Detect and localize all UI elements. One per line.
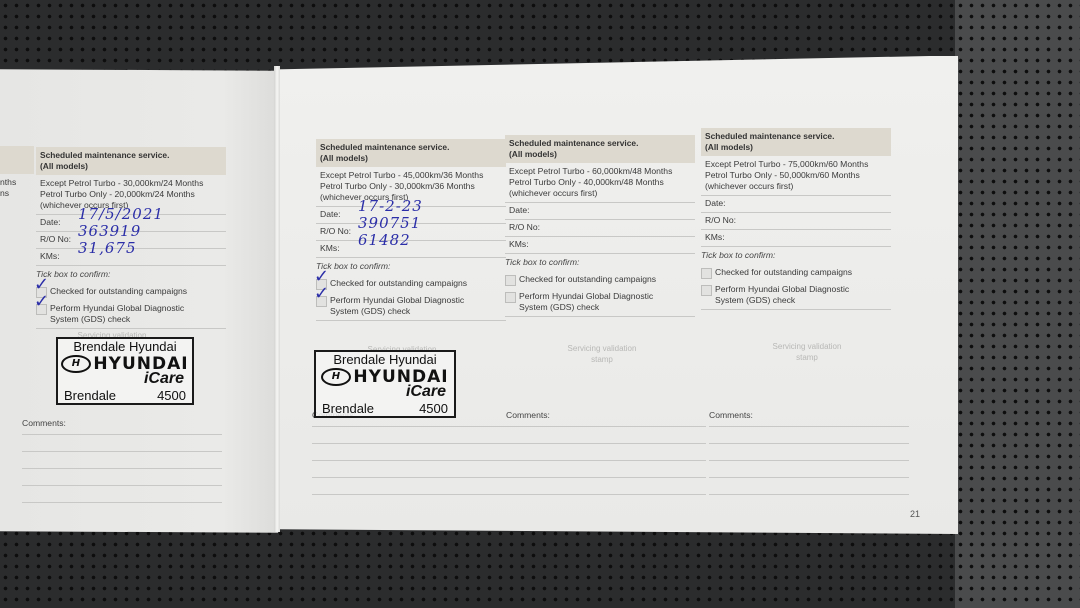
gds-label: Perform Hyundai Global Diagnostic System… bbox=[330, 295, 506, 317]
ro-label: R/O No: bbox=[705, 215, 736, 226]
service-block: Scheduled maintenance service. (All mode… bbox=[316, 139, 506, 321]
booklet-gutter bbox=[274, 66, 280, 532]
kms-value: 31,675 bbox=[78, 243, 137, 254]
comments-line[interactable] bbox=[22, 452, 222, 469]
tick-mark-icon: ✓ bbox=[34, 296, 49, 307]
page-number: 21 bbox=[910, 509, 920, 519]
campaigns-checkbox-row[interactable]: Checked for outstanding campaigns bbox=[505, 272, 695, 289]
service-subtitle: (All models) bbox=[509, 149, 691, 160]
leather-seat-right bbox=[955, 0, 1080, 608]
service-title: Scheduled maintenance service. bbox=[705, 131, 887, 142]
kms-label: KMs: bbox=[40, 251, 60, 262]
tick-instruction: Tick box to confirm: bbox=[505, 254, 695, 272]
comments-section[interactable]: Comments: bbox=[506, 410, 706, 495]
interval-line: Except Petrol Turbo - 60,000km/48 Months bbox=[509, 166, 691, 177]
date-label: Date: bbox=[509, 205, 530, 216]
campaigns-label: Checked for outstanding campaigns bbox=[519, 274, 656, 285]
hyundai-logo-icon: H bbox=[321, 368, 351, 386]
stamp-footer: Brendale 4500 bbox=[58, 388, 192, 403]
service-interval: Except Petrol Turbo - 60,000km/48 Months… bbox=[505, 163, 695, 203]
gds-label: Perform Hyundai Global Diagnostic System… bbox=[715, 284, 891, 306]
comments-line[interactable] bbox=[22, 469, 222, 486]
interval-line: Except Petrol Turbo - 45,000km/36 Months bbox=[320, 170, 502, 181]
comments-section[interactable]: Comments: bbox=[709, 410, 909, 495]
interval-line: Petrol Turbo Only - 50,000km/60 Months bbox=[705, 170, 887, 181]
service-block: Scheduled maintenance service. (All mode… bbox=[701, 128, 891, 310]
tick-mark-icon: ✓ bbox=[314, 288, 329, 299]
hyundai-logo-icon: H bbox=[61, 355, 91, 373]
comments-line[interactable] bbox=[22, 435, 222, 452]
stamp-footer: Brendale 4500 bbox=[316, 401, 454, 416]
edge-fragment: ns bbox=[0, 188, 16, 199]
service-block: Scheduled maintenance service. (All mode… bbox=[36, 147, 226, 329]
tick-instruction: Tick box to confirm: bbox=[316, 258, 506, 276]
comments-line[interactable] bbox=[312, 461, 512, 478]
gds-label: Perform Hyundai Global Diagnostic System… bbox=[519, 291, 695, 313]
date-label: Date: bbox=[705, 198, 726, 209]
comments-section[interactable]: Comments: bbox=[22, 418, 222, 503]
comments-line[interactable]: Comments: bbox=[506, 410, 706, 427]
stamp-placeholder: Servicing validation stamp bbox=[767, 341, 847, 363]
comments-line[interactable] bbox=[709, 461, 909, 478]
service-title: Scheduled maintenance service. bbox=[509, 138, 691, 149]
comments-line[interactable] bbox=[709, 478, 909, 495]
kms-field[interactable]: KMs: 31,675 bbox=[36, 249, 226, 266]
comments-line[interactable] bbox=[312, 444, 512, 461]
gds-checkbox[interactable] bbox=[701, 285, 712, 296]
service-subtitle: (All models) bbox=[40, 161, 222, 172]
stamp-suburb: Brendale bbox=[64, 388, 116, 403]
stamp-postcode: 4500 bbox=[157, 388, 186, 403]
gds-checkbox-row[interactable]: Perform Hyundai Global Diagnostic System… bbox=[701, 282, 891, 310]
tick-instruction: Tick box to confirm: bbox=[701, 247, 891, 265]
dealer-stamp: Brendale Hyundai HHYUNDAI iCare Brendale… bbox=[314, 350, 456, 418]
interval-line: Petrol Turbo Only - 20,000km/24 Months bbox=[40, 189, 222, 200]
campaigns-label: Checked for outstanding campaigns bbox=[50, 286, 187, 297]
date-field[interactable]: Date: bbox=[505, 203, 695, 220]
campaigns-checkbox-row[interactable]: ✓ Checked for outstanding campaigns bbox=[36, 284, 226, 301]
comments-section[interactable]: Comments: bbox=[312, 410, 512, 495]
campaigns-checkbox-row[interactable]: Checked for outstanding campaigns bbox=[701, 265, 891, 282]
gds-checkbox-row[interactable]: ✓ Perform Hyundai Global Diagnostic Syst… bbox=[36, 301, 226, 329]
service-header: Scheduled maintenance service. (All mode… bbox=[36, 147, 226, 175]
comments-line[interactable] bbox=[22, 486, 222, 503]
kms-field[interactable]: KMs: 61482 bbox=[316, 241, 506, 258]
ro-label: R/O No: bbox=[320, 226, 351, 237]
stamp-placeholder: Servicing validation stamp bbox=[562, 343, 642, 365]
stamp-dealer-name: Brendale Hyundai bbox=[316, 352, 454, 367]
comments-line[interactable] bbox=[709, 427, 909, 444]
service-title: Scheduled maintenance service. bbox=[40, 150, 222, 161]
comments-line[interactable] bbox=[506, 427, 706, 444]
gds-label: Perform Hyundai Global Diagnostic System… bbox=[50, 303, 226, 325]
comments-line[interactable] bbox=[312, 478, 512, 495]
ro-value: 363919 bbox=[78, 226, 141, 237]
ro-value: 390751 bbox=[358, 218, 421, 229]
date-value: 17-2-23 bbox=[358, 201, 423, 212]
dealer-stamp: Brendale Hyundai HHYUNDAI iCare Brendale… bbox=[56, 337, 194, 405]
interval-line: Except Petrol Turbo - 30,000km/24 Months bbox=[40, 178, 222, 189]
comments-label: Comments: bbox=[709, 410, 753, 420]
service-block: Scheduled maintenance service. (All mode… bbox=[505, 135, 695, 317]
comments-label: Comments: bbox=[506, 410, 550, 420]
ro-number-field[interactable]: R/O No: bbox=[701, 213, 891, 230]
comments-line[interactable]: Comments: bbox=[22, 418, 222, 435]
kms-field[interactable]: KMs: bbox=[505, 237, 695, 254]
left-edge-text: nths ns bbox=[0, 177, 16, 199]
left-edge-header bbox=[0, 146, 34, 174]
ro-label: R/O No: bbox=[509, 222, 540, 233]
interval-line: Except Petrol Turbo - 75,000km/60 Months bbox=[705, 159, 887, 170]
service-header: Scheduled maintenance service. (All mode… bbox=[316, 139, 506, 167]
date-label: Date: bbox=[320, 209, 341, 220]
campaigns-checkbox-row[interactable]: ✓ Checked for outstanding campaigns bbox=[316, 276, 506, 293]
comments-label: Comments: bbox=[22, 418, 66, 428]
service-header: Scheduled maintenance service. (All mode… bbox=[505, 135, 695, 163]
gds-checkbox[interactable] bbox=[505, 292, 516, 303]
service-title: Scheduled maintenance service. bbox=[320, 142, 502, 153]
comments-line[interactable] bbox=[506, 461, 706, 478]
ro-number-field[interactable]: R/O No: bbox=[505, 220, 695, 237]
interval-line: (whichever occurs first) bbox=[705, 181, 887, 192]
service-subtitle: (All models) bbox=[705, 142, 887, 153]
gds-checkbox-row[interactable]: Perform Hyundai Global Diagnostic System… bbox=[505, 289, 695, 317]
stamp-suburb: Brendale bbox=[322, 401, 374, 416]
service-subtitle: (All models) bbox=[320, 153, 502, 164]
kms-field[interactable]: KMs: bbox=[701, 230, 891, 247]
date-label: Date: bbox=[40, 217, 61, 228]
comments-line[interactable] bbox=[506, 444, 706, 461]
kms-label: KMs: bbox=[509, 239, 529, 250]
date-value: 17/5/2021 bbox=[78, 209, 164, 220]
kms-label: KMs: bbox=[320, 243, 340, 254]
service-header: Scheduled maintenance service. (All mode… bbox=[701, 128, 891, 156]
kms-value: 61482 bbox=[358, 235, 411, 246]
campaigns-checkbox[interactable] bbox=[505, 275, 516, 286]
date-field[interactable]: Date: bbox=[701, 196, 891, 213]
campaigns-label: Checked for outstanding campaigns bbox=[330, 278, 467, 289]
tick-instruction: Tick box to confirm: bbox=[36, 266, 226, 284]
tick-mark-icon: ✓ bbox=[314, 271, 329, 282]
comments-line[interactable] bbox=[709, 444, 909, 461]
edge-fragment: nths bbox=[0, 177, 16, 188]
interval-line: Petrol Turbo Only - 30,000km/36 Months bbox=[320, 181, 502, 192]
stamp-postcode: 4500 bbox=[419, 401, 448, 416]
comments-line[interactable] bbox=[312, 427, 512, 444]
stamp-dealer-name: Brendale Hyundai bbox=[58, 339, 192, 354]
comments-line[interactable] bbox=[506, 478, 706, 495]
comments-line[interactable]: Comments: bbox=[709, 410, 909, 427]
kms-label: KMs: bbox=[705, 232, 725, 243]
service-interval: Except Petrol Turbo - 75,000km/60 Months… bbox=[701, 156, 891, 196]
ro-number-field[interactable]: R/O No: 390751 bbox=[316, 224, 506, 241]
campaigns-label: Checked for outstanding campaigns bbox=[715, 267, 852, 278]
interval-line: (whichever occurs first) bbox=[509, 188, 691, 199]
campaigns-checkbox[interactable] bbox=[701, 268, 712, 279]
ro-label: R/O No: bbox=[40, 234, 71, 245]
interval-line: Petrol Turbo Only - 40,000km/48 Months bbox=[509, 177, 691, 188]
tick-mark-icon: ✓ bbox=[34, 279, 49, 290]
gds-checkbox-row[interactable]: ✓ Perform Hyundai Global Diagnostic Syst… bbox=[316, 293, 506, 321]
